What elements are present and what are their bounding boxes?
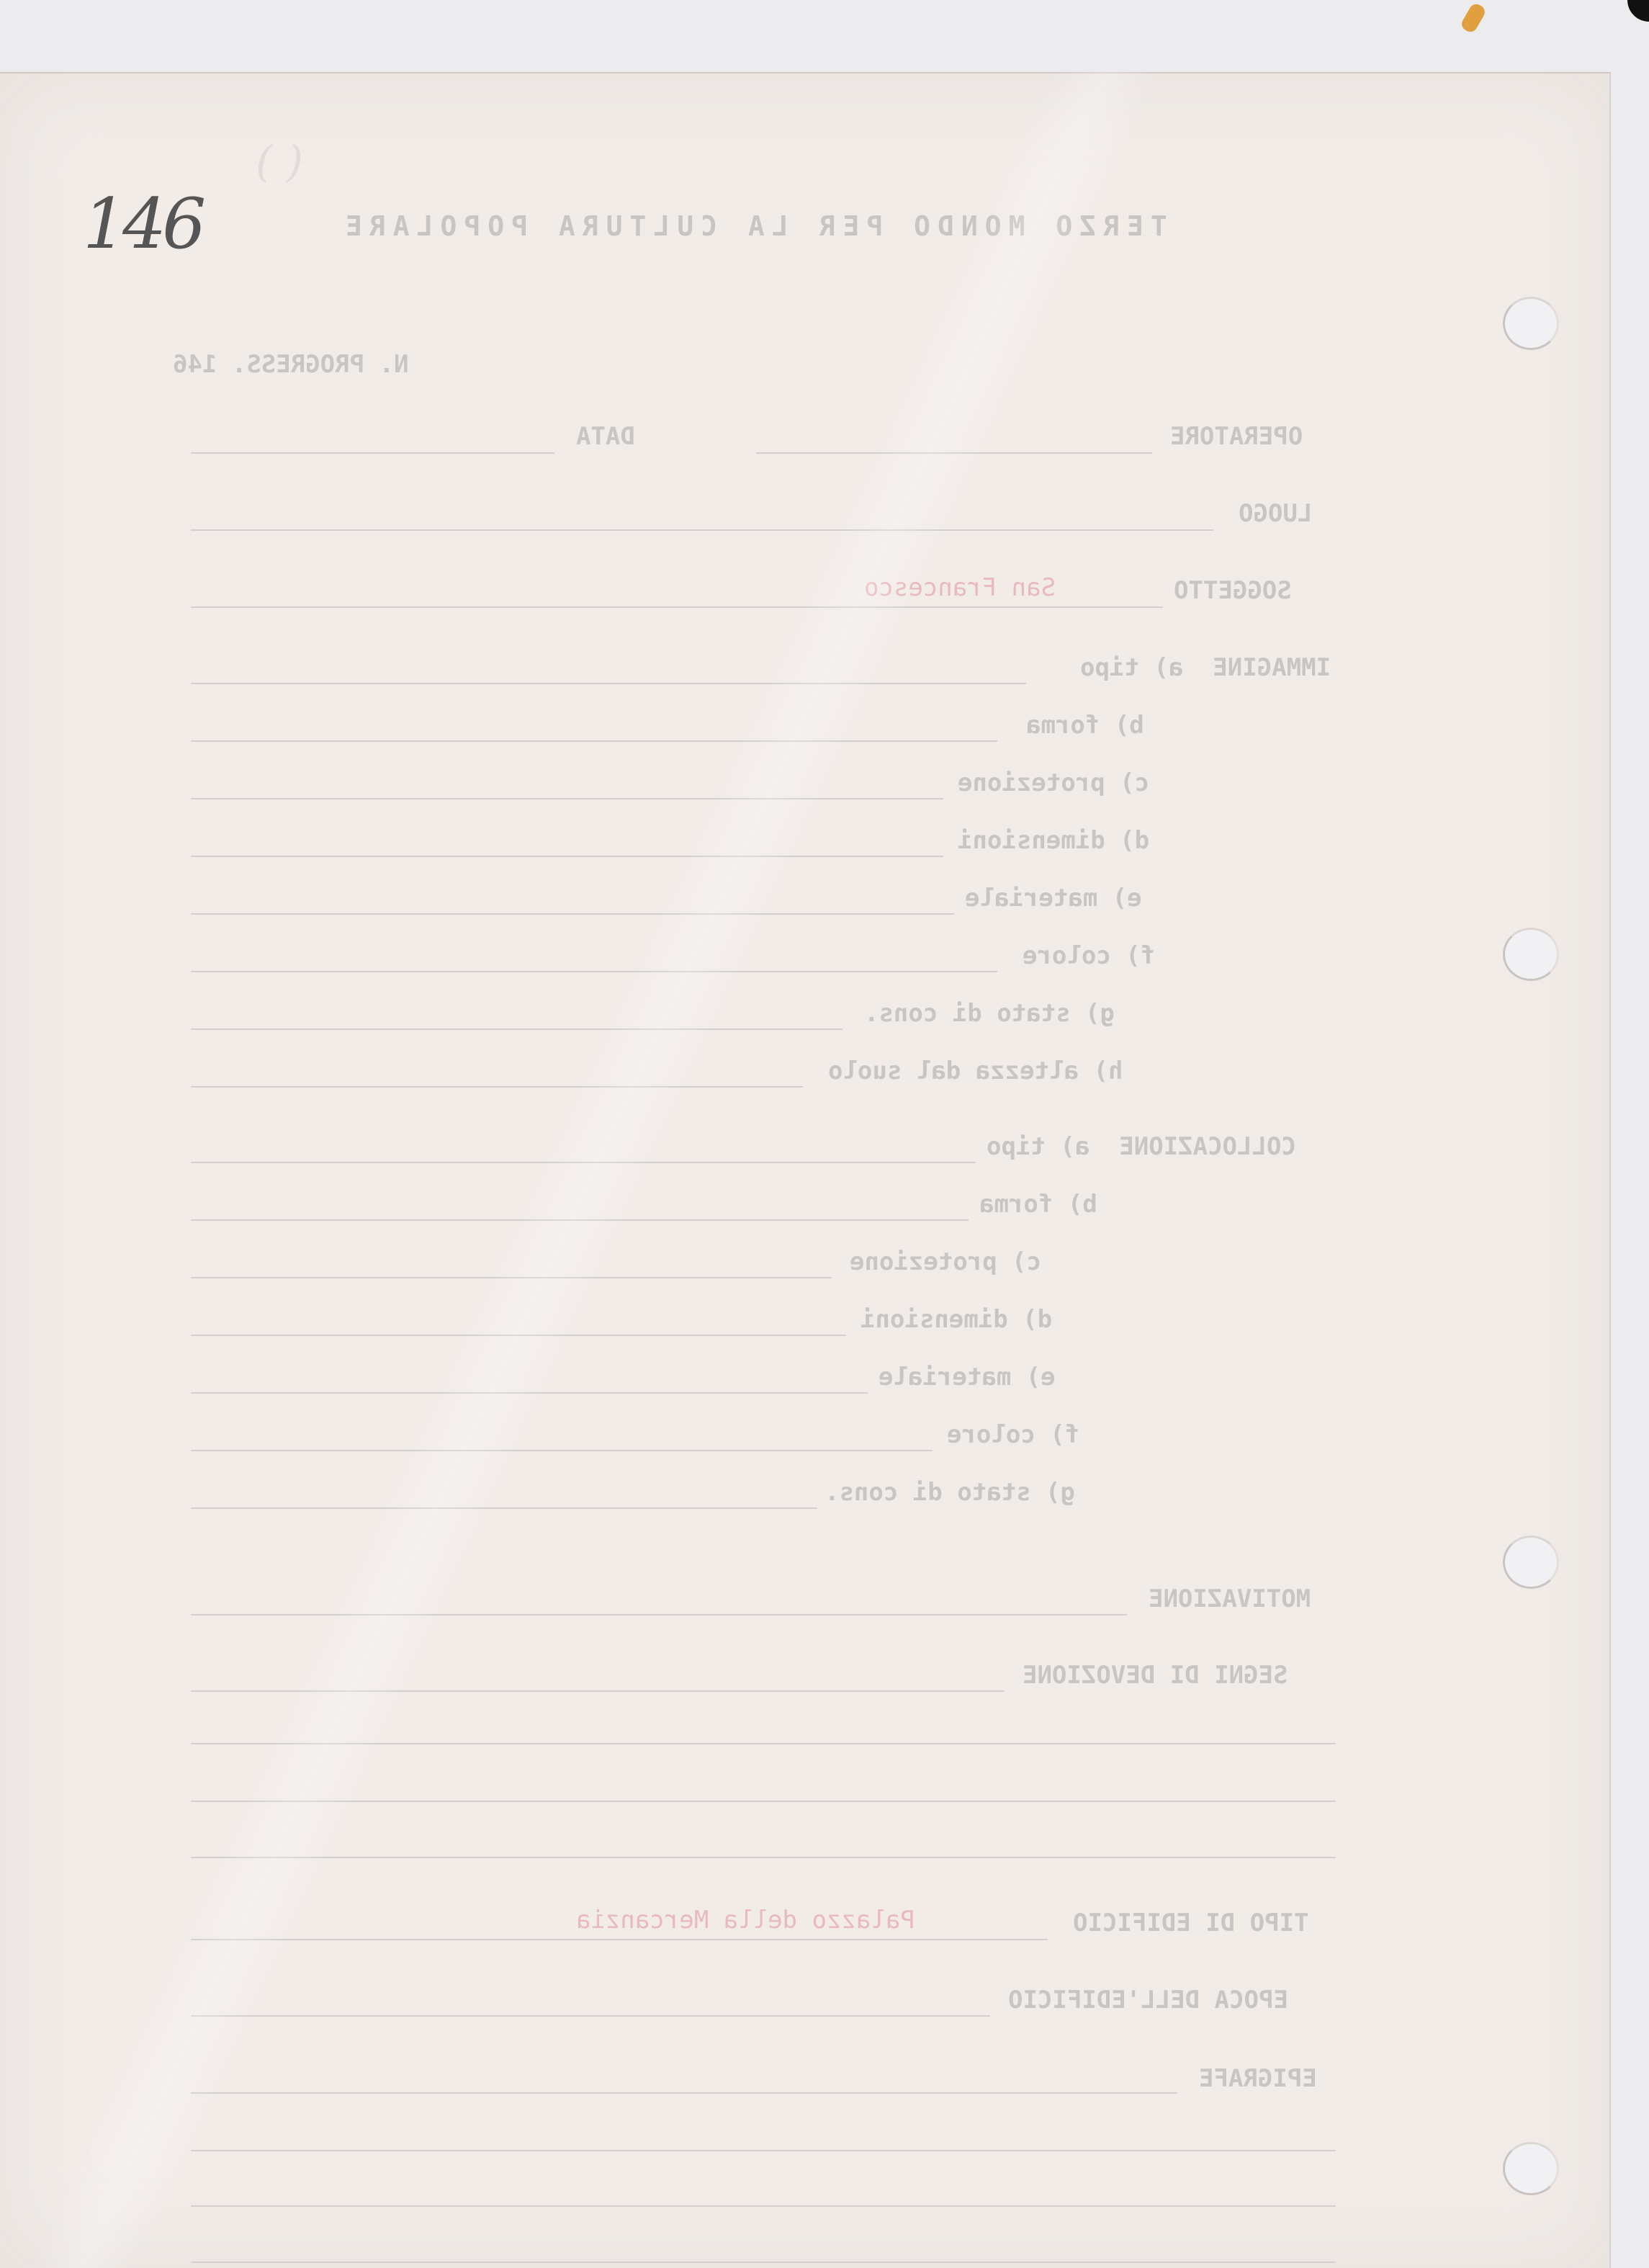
item-key: g) <box>1085 999 1115 1028</box>
field-collocazione-colore[interactable] <box>191 1450 933 1451</box>
immagine-item: d) dimensioni <box>958 826 1149 855</box>
field-segni-devozione-line4[interactable] <box>191 1857 1336 1858</box>
item-label: tipo <box>987 1132 1046 1161</box>
field-luogo[interactable] <box>191 529 1213 531</box>
form-header: TERZO MONDO PER LA CULTURA POPOLARE <box>338 210 1167 242</box>
item-label: protezione <box>958 768 1105 797</box>
field-operatore[interactable] <box>756 452 1152 454</box>
item-key: e) <box>1026 1363 1056 1391</box>
item-key: d) <box>1023 1305 1052 1334</box>
label-data: DATA <box>576 422 635 451</box>
item-label: stato di cons. <box>824 1478 1031 1507</box>
field-immagine-dimensioni[interactable] <box>191 856 943 857</box>
field-immagine-materiale[interactable] <box>191 913 954 915</box>
progressive-number: N. PROGRESS. 146 <box>173 350 409 379</box>
item-key: g) <box>1046 1478 1075 1507</box>
field-immagine-tipo[interactable] <box>191 683 1026 684</box>
immagine-item: f) colore <box>1023 941 1155 970</box>
section-immagine-label: IMMAGINE <box>1213 653 1331 682</box>
field-data[interactable] <box>191 452 554 454</box>
item-label: colore <box>1023 941 1111 970</box>
punch-hole-icon <box>1503 1536 1559 1589</box>
field-collocazione-materiale[interactable] <box>191 1392 868 1394</box>
item-key: b) <box>1068 1190 1097 1219</box>
section-immagine: IMMAGINE a) tipo <box>1080 653 1331 682</box>
item-key: a) <box>1060 1132 1089 1161</box>
item-key: c) <box>1012 1247 1041 1276</box>
label-soggetto: SOGGETTO <box>1174 576 1292 605</box>
punch-hole-icon <box>1503 2142 1559 2195</box>
item-key: a) <box>1154 653 1183 682</box>
item-key: h) <box>1093 1057 1123 1085</box>
item-label: protezione <box>850 1247 997 1276</box>
immagine-item: e) materiale <box>965 884 1142 913</box>
field-collocazione-forma[interactable] <box>191 1219 969 1221</box>
item-key: b) <box>1115 711 1144 740</box>
item-label: forma <box>1026 711 1100 740</box>
item-label: colore <box>947 1420 1035 1449</box>
label-luogo: LUOGO <box>1239 499 1312 528</box>
label-segni-devozione: SEGNI DI DEVOZIONE <box>1023 1661 1288 1690</box>
label-operatore: OPERATORE <box>1170 422 1303 451</box>
collocazione-item: e) materiale <box>879 1363 1056 1391</box>
item-key: d) <box>1120 826 1149 855</box>
field-segni-devozione-line2[interactable] <box>191 1743 1336 1744</box>
punch-hole-icon <box>1503 297 1559 350</box>
faint-handwriting: ( ) <box>256 137 303 187</box>
collocazione-item: f) colore <box>947 1420 1079 1449</box>
value-tipo-edificio[interactable]: Palazzo della Mercanzia <box>576 1906 915 1935</box>
field-epigrafe[interactable] <box>191 2092 1177 2094</box>
field-immagine-protezione[interactable] <box>191 798 943 799</box>
label-motivazione: MOTIVAZIONE <box>1149 1585 1311 1613</box>
field-collocazione-tipo[interactable] <box>191 1162 976 1163</box>
immagine-item: h) altezza dal suolo <box>828 1057 1123 1085</box>
field-collocazione-protezione[interactable] <box>191 1277 832 1278</box>
item-label: tipo <box>1080 653 1139 682</box>
item-label: dimensioni <box>958 826 1105 855</box>
field-epoca-edificio[interactable] <box>191 2015 990 2017</box>
collocazione-item: b) forma <box>979 1190 1097 1219</box>
field-immagine-forma[interactable] <box>191 740 997 742</box>
item-label: altezza dal suolo <box>828 1057 1079 1085</box>
field-motivazione[interactable] <box>191 1614 1127 1615</box>
field-immagine-altezza[interactable] <box>191 1086 803 1088</box>
item-label: forma <box>979 1190 1053 1219</box>
immagine-item: g) stato di cons. <box>864 999 1115 1028</box>
item-label: materiale <box>965 884 1097 913</box>
field-soggetto[interactable] <box>191 606 1163 608</box>
field-epigrafe-line2[interactable] <box>191 2150 1336 2151</box>
item-key: e) <box>1113 884 1142 913</box>
section-collocazione: COLLOCAZIONE a) tipo <box>987 1132 1296 1161</box>
field-epigrafe-line3[interactable] <box>191 2205 1336 2207</box>
immagine-item: b) forma <box>1026 711 1144 740</box>
label-tipo-edificio: TIPO DI EDIFICIO <box>1073 1909 1309 1937</box>
field-segni-devozione-line3[interactable] <box>191 1801 1336 1802</box>
item-label: materiale <box>879 1363 1011 1391</box>
item-label: dimensioni <box>861 1305 1008 1334</box>
item-label: stato di cons. <box>864 999 1071 1028</box>
collocazione-item: g) stato di cons. <box>824 1478 1075 1507</box>
collocazione-item: c) protezione <box>850 1247 1041 1276</box>
section-collocazione-label: COLLOCAZIONE <box>1119 1132 1296 1161</box>
value-soggetto[interactable]: San Francesco <box>864 573 1056 602</box>
label-epigrafe: EPIGRAFE <box>1199 2064 1317 2093</box>
field-immagine-stato[interactable] <box>191 1028 843 1030</box>
field-immagine-colore[interactable] <box>191 971 997 972</box>
label-epoca-edificio: EPOCA DELL'EDIFICIO <box>1008 1986 1288 2014</box>
immagine-item: c) protezione <box>958 768 1149 797</box>
item-key: f) <box>1125 941 1155 970</box>
collocazione-item: d) dimensioni <box>861 1305 1052 1334</box>
punch-hole-icon <box>1503 928 1559 981</box>
handwritten-page-number: 146 <box>83 184 202 264</box>
field-epigrafe-line4[interactable] <box>191 2262 1336 2263</box>
field-tipo-edificio[interactable] <box>191 1939 1048 1940</box>
field-collocazione-dimensioni[interactable] <box>191 1335 846 1336</box>
field-collocazione-stato[interactable] <box>191 1507 817 1509</box>
item-key: f) <box>1050 1420 1079 1449</box>
item-key: c) <box>1120 768 1149 797</box>
field-segni-devozione[interactable] <box>191 1690 1005 1692</box>
